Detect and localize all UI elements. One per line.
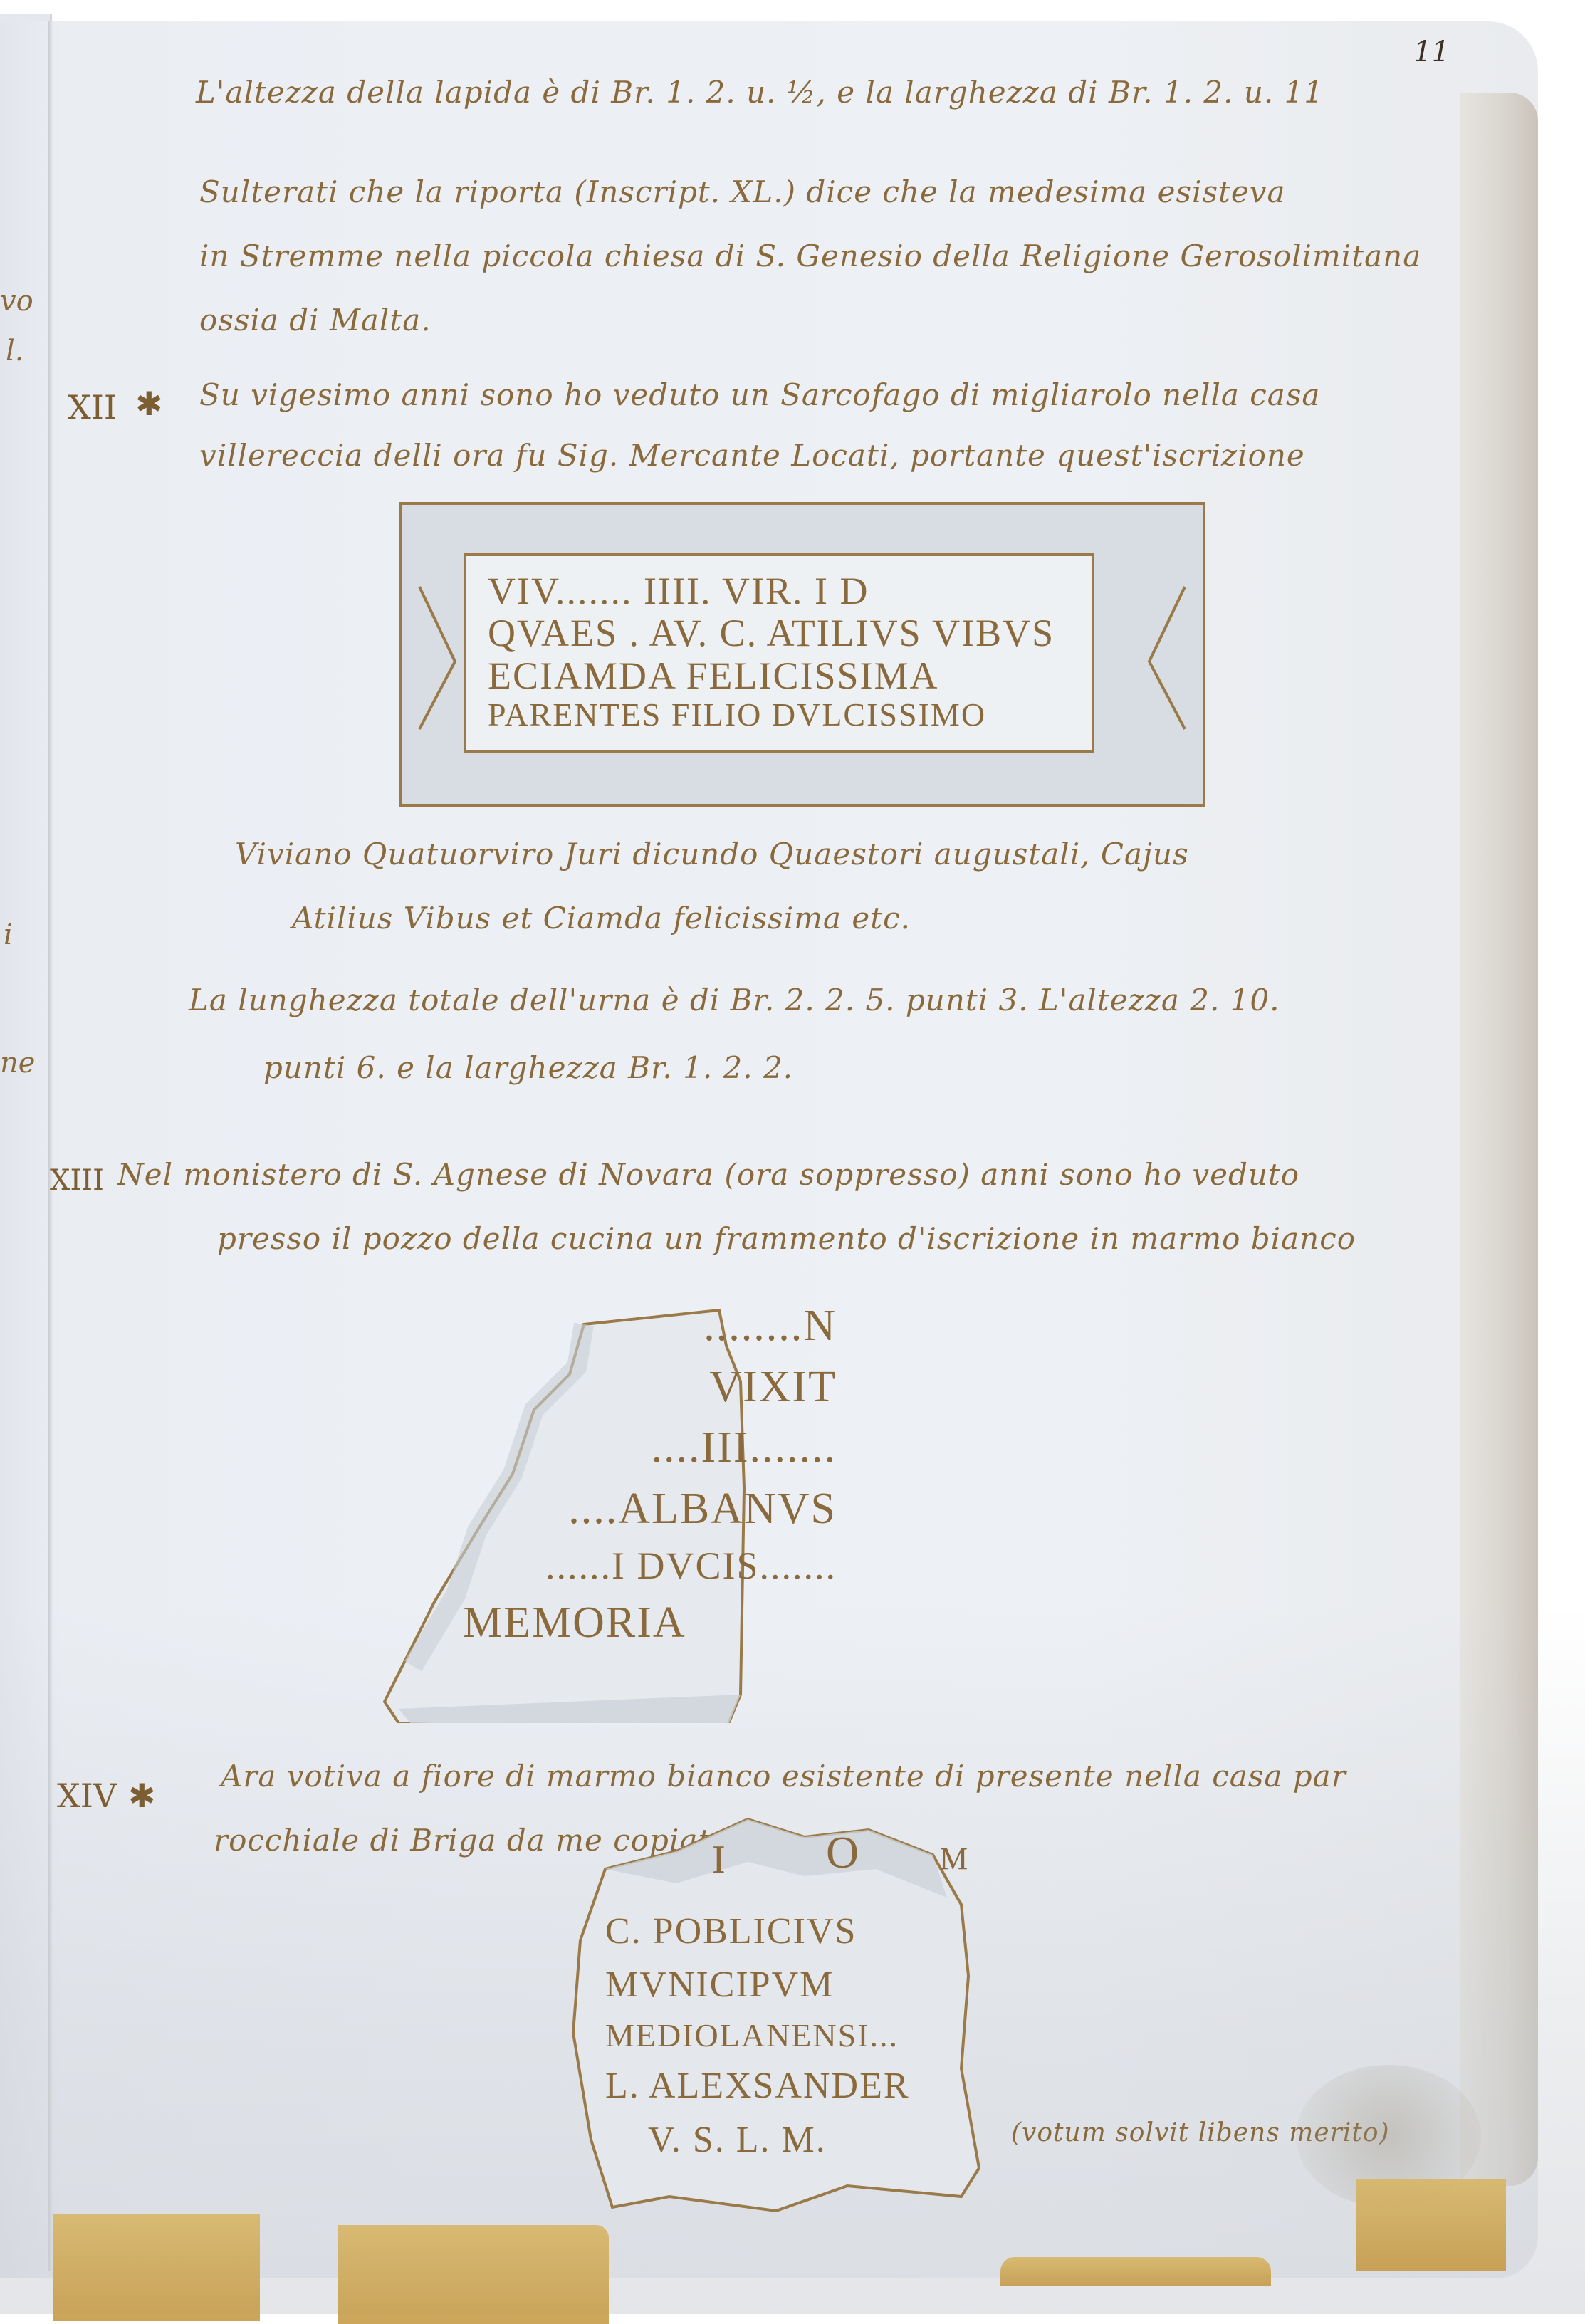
inscription-line: MVNICIPVM	[605, 1958, 1004, 2011]
inscription-line: C. POBLICIVS	[605, 1905, 1004, 1958]
text-line: Ara votiva a fiore di marmo bianco esist…	[221, 1759, 1346, 1794]
inscription-line: VIXIT	[441, 1357, 837, 1418]
folio-number: 11	[1413, 36, 1450, 68]
asterisk-mark-icon: ✱	[128, 1776, 156, 1815]
entry-number: XIV	[57, 1776, 117, 1815]
inscription-line: V. S. L. M.	[605, 2113, 1004, 2167]
inscription-line: ........N	[441, 1296, 837, 1357]
tape-strip	[338, 2225, 609, 2324]
tape-strip	[1000, 2257, 1271, 2286]
inscription-line: MEMORIA	[441, 1593, 837, 1654]
dovetail-right-icon	[1146, 583, 1188, 733]
inscription-line: ....ALBANVS	[441, 1479, 837, 1540]
inscription-line: MEDIOLANENSI...	[605, 2012, 1004, 2060]
inscription-line: QVAES . AV. C. ATILIVS VIBVS	[488, 612, 1092, 654]
inscription-field: C. POBLICIVS MVNICIPVM MEDIOLANENSI... L…	[563, 1905, 1004, 2167]
inscription-line: VIV....... IIII. VIR. I D	[488, 570, 1092, 612]
text-line: ossia di Malta.	[199, 303, 431, 337]
facing-page-fragment: vo	[0, 285, 33, 318]
entry-number: XII	[68, 388, 117, 426]
inscription-field: VIV....... IIII. VIR. I D QVAES . AV. C.…	[464, 553, 1094, 753]
text-line: L'altezza della lapida è di Br. 1. 2. u.…	[196, 75, 1324, 110]
asterisk-mark-icon: ✱	[135, 384, 163, 423]
inscription-tablet-drawing: VIV....... IIII. VIR. I D QVAES . AV. C.…	[399, 502, 1205, 807]
translation-line: Viviano Quatuorviro Juri dicundo Quaesto…	[235, 837, 1189, 871]
inscription-line: ....III.......	[441, 1418, 837, 1479]
measurement-line: punti 6. e la larghezza Br. 1. 2. 2.	[263, 1050, 793, 1085]
inscription-line: L. ALEXSANDER	[605, 2059, 1004, 2113]
translation-line: Atilius Vibus et Ciamda felicissima etc.	[292, 901, 911, 936]
inscription-letter: I	[712, 1837, 726, 1883]
text-line: presso il pozzo della cucina un framment…	[217, 1221, 1356, 1256]
inscription-line: ECIAMDA FELICISSIMA	[488, 655, 1092, 697]
text-line: Nel monistero di S. Agnese di Novara (or…	[117, 1157, 1299, 1192]
dovetail-left-icon	[416, 583, 459, 733]
inscription-line: ......I DVCIS.......	[441, 1539, 837, 1593]
inscription-letter: M	[940, 1841, 968, 1877]
text-line: villereccia delli ora fu Sig. Mercante L…	[199, 438, 1305, 473]
inscription-letter: O	[826, 1826, 859, 1879]
measurement-line: La lunghezza totale dell'urna è di Br. 2…	[189, 983, 1280, 1017]
text-line: Su vigesimo anni sono ho veduto un Sarco…	[199, 377, 1320, 412]
inscription-line: PARENTES FILIO DVLCISSIMO	[488, 697, 1092, 733]
inscription-fragment-drawing: ........N VIXIT ....III....... ....ALBAN…	[370, 1296, 869, 1723]
facing-page-fragment: ne	[0, 1047, 35, 1079]
facing-page-fragment: i	[4, 918, 13, 951]
entry-number: XIII	[50, 1164, 104, 1197]
facing-page-fragment: l.	[6, 335, 24, 367]
altar-inscription-drawing: I O M C. POBLICIVS MVNICIPVM MEDIOLANENS…	[563, 1798, 1004, 2211]
inscription-field: ........N VIXIT ....III....... ....ALBAN…	[441, 1296, 869, 1653]
tape-strip	[53, 2214, 260, 2321]
tape-strip	[1356, 2179, 1506, 2271]
text-line: Sulterati che la riporta (Inscript. XL.)…	[199, 174, 1286, 209]
text-line: in Stremme nella piccola chiesa di S. Ge…	[199, 239, 1421, 273]
altar-heading: I O M	[563, 1826, 1004, 1905]
